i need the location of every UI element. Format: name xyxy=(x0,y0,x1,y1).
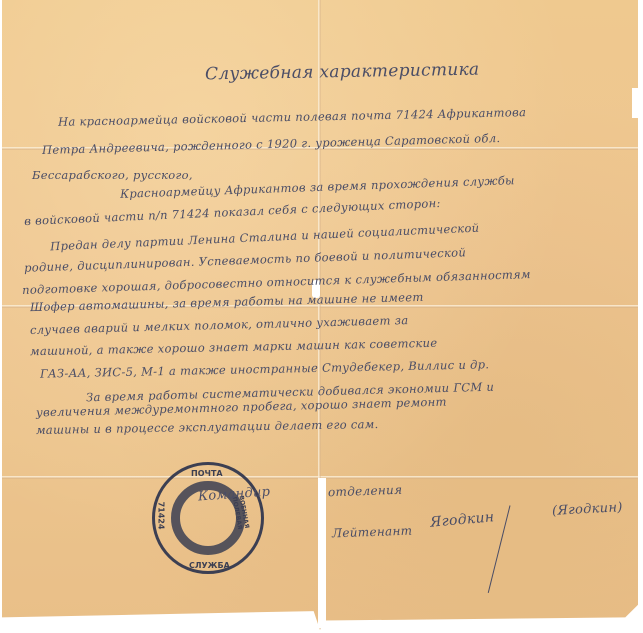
signature-rank: Лейтенант xyxy=(332,524,413,541)
stamp-text: СЛУЖБА xyxy=(189,561,230,570)
stamp-text: 71424 xyxy=(156,502,165,530)
official-stamp: ПОЧТА 71424 ВОЕННАЯ ПОЛЕВАЯ СЛУЖБА xyxy=(152,462,264,574)
paper-tear xyxy=(632,88,643,118)
signature-role: отделения xyxy=(328,483,403,500)
paper-tear xyxy=(318,478,326,628)
text-line: Бессарабского, русского, xyxy=(32,168,193,182)
stamp-text: ПОЧТА xyxy=(191,469,223,478)
